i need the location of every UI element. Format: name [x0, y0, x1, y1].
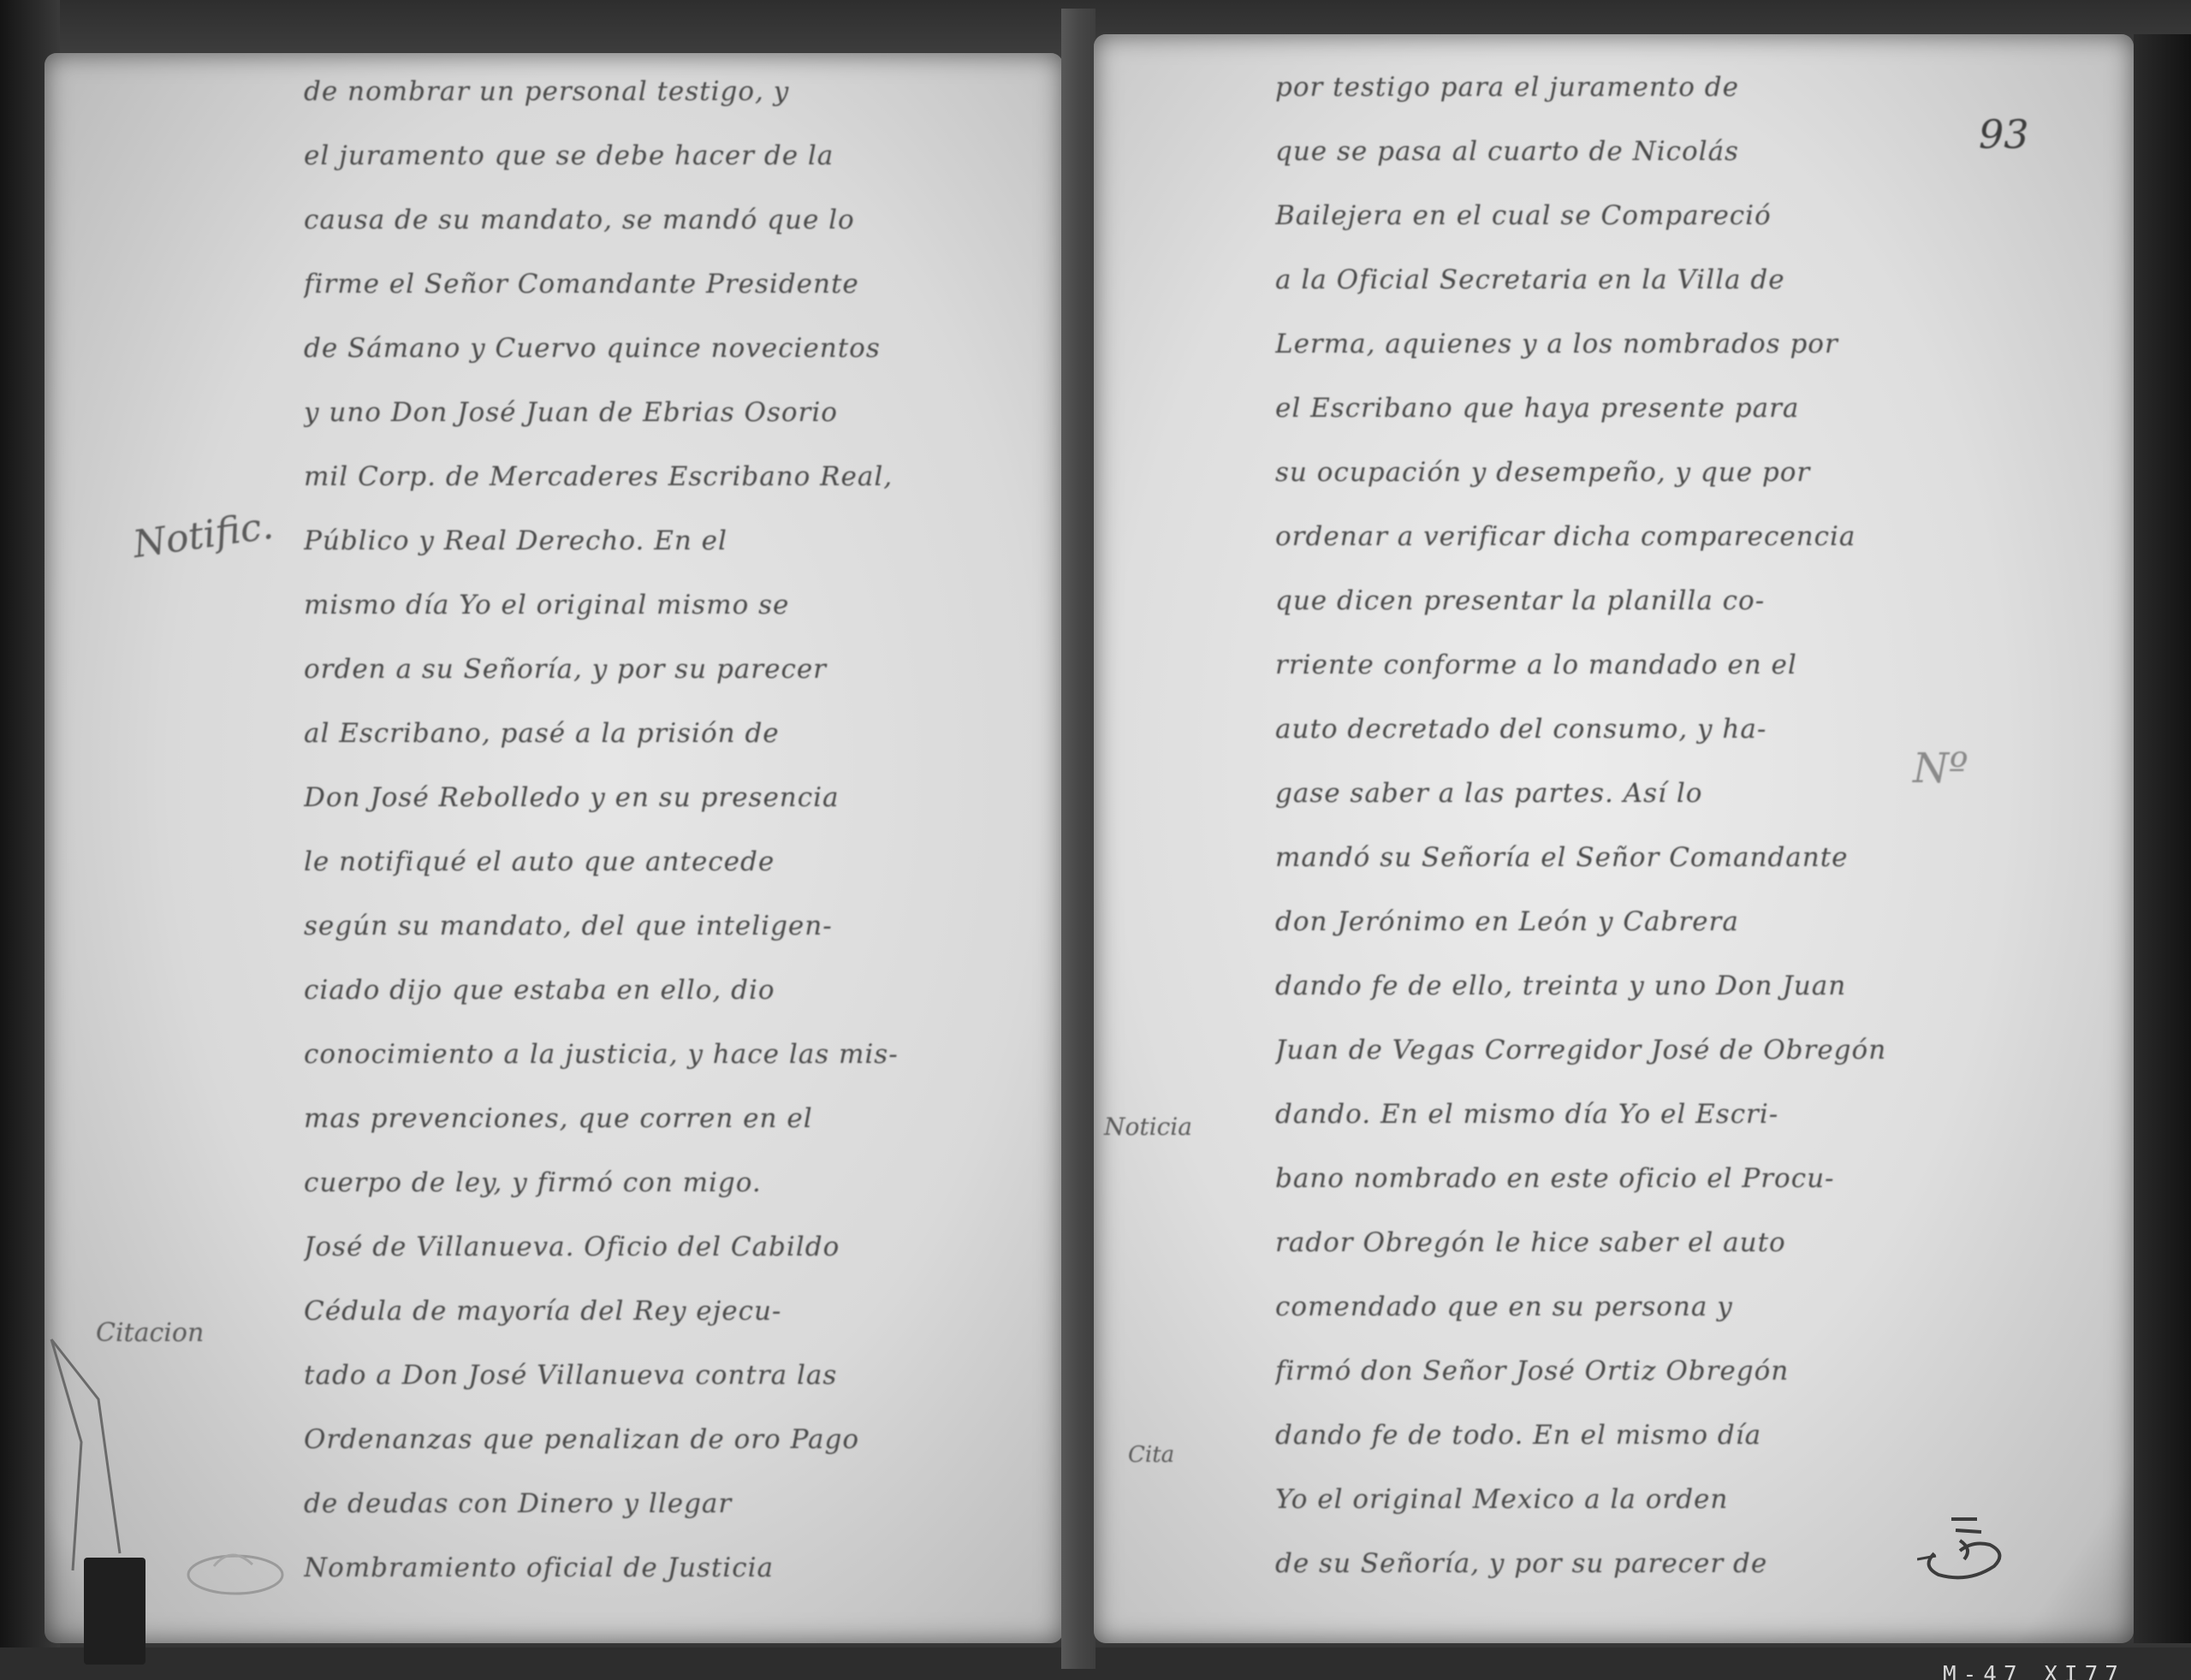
text-line: Yo el original Mexico a la orden	[1275, 1468, 1891, 1532]
text-line: mil Corp. de Mercaderes Escribano Real,	[304, 445, 963, 509]
text-line: y uno Don José Juan de Ebrias Osorio	[304, 381, 963, 445]
text-line: orden a su Señoría, y por su parecer	[304, 638, 963, 702]
margin-note-citacion: Citacion	[96, 1318, 204, 1348]
text-line: mandó su Señoría el Señor Comandante	[1275, 826, 1891, 890]
text-line: ciado dijo que estaba en ello, dio	[304, 959, 963, 1023]
text-line: al Escribano, pasé a la prisión de	[304, 702, 963, 766]
scan-bottom-border	[0, 1647, 2191, 1680]
text-line: que dicen presentar la planilla co-	[1275, 569, 1891, 633]
text-line: gase saber a las partes. Así lo	[1275, 762, 1891, 826]
text-line: dando fe de todo. En el mismo día	[1275, 1404, 1891, 1468]
right-page-text: por testigo para el juramento de que se …	[1275, 56, 1891, 1596]
text-line: Lerma, aquienes y a los nombrados por	[1275, 312, 1891, 377]
text-line: de su Señoría, y por su parecer de	[1275, 1532, 1891, 1596]
text-line: rador Obregón le hice saber el auto	[1275, 1211, 1891, 1275]
text-line: causa de su mandato, se mandó que lo	[304, 188, 963, 252]
text-line: Don José Rebolledo y en su presencia	[304, 766, 963, 830]
text-line: ordenar a verificar dicha comparecencia	[1275, 505, 1891, 569]
text-line: conocimiento a la justicia, y hace las m…	[304, 1023, 963, 1087]
text-line: Nombramiento oficial de Justicia	[304, 1536, 963, 1600]
text-line: mas prevenciones, que corren en el	[304, 1087, 963, 1151]
text-line: tado a Don José Villanueva contra las	[304, 1344, 963, 1408]
flourish-icon	[180, 1540, 291, 1600]
text-line: mismo día Yo el original mismo se	[304, 573, 963, 638]
text-line: Juan de Vegas Corregidor José de Obregón	[1275, 1018, 1891, 1083]
text-line: Ordenanzas que penalizan de oro Pago	[304, 1408, 963, 1472]
text-line: de nombrar un personal testigo, y	[304, 60, 963, 124]
left-page-text: de nombrar un personal testigo, y el jur…	[304, 60, 963, 1600]
margin-note-right-faded: Nº	[1913, 745, 1968, 793]
page-tab-marker	[84, 1558, 145, 1665]
text-line: bano nombrado en este oficio el Procu-	[1275, 1147, 1891, 1211]
text-line: su ocupación y desempeño, y que por	[1275, 441, 1891, 505]
book-spine	[1061, 9, 1095, 1669]
text-line: el juramento que se debe hacer de la	[304, 124, 963, 188]
text-line: que se pasa al cuarto de Nicolás	[1275, 120, 1891, 184]
text-line: firmó don Señor José Ortiz Obregón	[1275, 1339, 1891, 1404]
text-line: cuerpo de ley, y firmó con migo.	[304, 1151, 963, 1215]
text-line: Bailejera en el cual se Compareció	[1275, 184, 1891, 248]
text-line: de deudas con Dinero y llegar	[304, 1472, 963, 1536]
text-line: le notifiqué el auto que antecede	[304, 830, 963, 894]
margin-note-noticia: Noticia	[1104, 1113, 1192, 1141]
text-line: según su mandato, del que inteligen-	[304, 894, 963, 959]
signature-rubric-icon	[1917, 1506, 2011, 1583]
text-line: firme el Señor Comandante Presidente	[304, 252, 963, 317]
margin-note-cita: Cita	[1128, 1442, 1174, 1468]
text-line: comendado que en su persona y	[1275, 1275, 1891, 1339]
book-edge-right	[2134, 34, 2191, 1643]
text-line: dando fe de ello, treinta y uno Don Juan	[1275, 954, 1891, 1018]
text-line: don Jerónimo en León y Cabrera	[1275, 890, 1891, 954]
text-line: a la Oficial Secretaria en la Villa de	[1275, 248, 1891, 312]
text-line: José de Villanueva. Oficio del Cabildo	[304, 1215, 963, 1279]
text-line: dando. En el mismo día Yo el Escri-	[1275, 1083, 1891, 1147]
text-line: de Sámano y Cuervo quince novecientos	[304, 317, 963, 381]
archive-reference-label: M-47 XI77	[1943, 1662, 2125, 1680]
text-line: por testigo para el juramento de	[1275, 56, 1891, 120]
text-line: Cédula de mayoría del Rey ejecu-	[304, 1279, 963, 1344]
page-number: 93	[1979, 111, 2029, 157]
text-line: el Escribano que haya presente para	[1275, 377, 1891, 441]
text-line: auto decretado del consumo, y ha-	[1275, 698, 1891, 762]
text-line: Público y Real Derecho. En el	[304, 509, 963, 573]
text-line: rriente conforme a lo mandado en el	[1275, 633, 1891, 698]
